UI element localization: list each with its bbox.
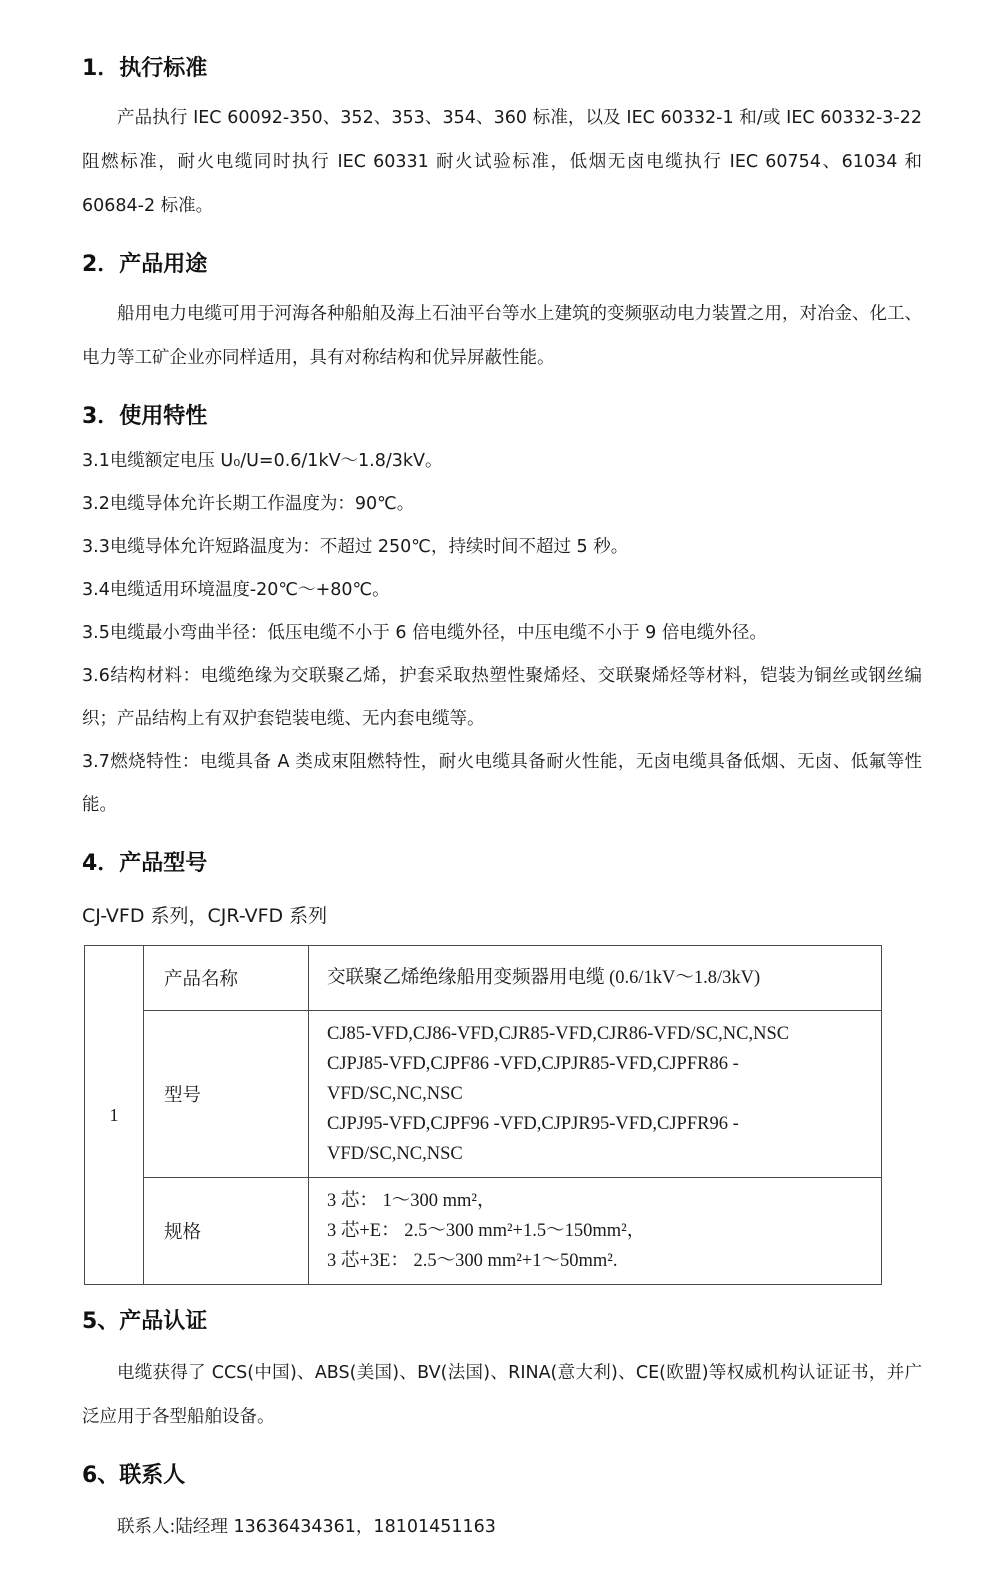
section-product-use: 2．产品用途 船用电力电缆可用于河海各种船舶及海上石油平台等水上建筑的变频驱动电… <box>82 250 922 380</box>
series-line: CJ-VFD 系列，CJR-VFD 系列 <box>82 903 922 929</box>
section-execution-standards: 1．执行标准 产品执行 IEC 60092-350、352、353、354、36… <box>82 54 922 228</box>
table-row-product-name: 1 产品名称 交联聚乙烯绝缘船用变频器用电缆 (0.6/1kV～1.8/3kV) <box>85 946 882 1011</box>
table-cell-value-spec: 3 芯： 1～300 mm²， 3 芯+E： 2.5～300 mm²+1.5～1… <box>309 1178 882 1285</box>
table-row-model-codes: 型号 CJ85-VFD,CJ86-VFD,CJR85-VFD,CJR86-VFD… <box>85 1011 882 1178</box>
usage-item-rated-voltage: 3.1电缆额定电压 U₀/U=0.6/1kV～1.8/3kV。 <box>82 440 922 483</box>
section-heading-usage-characteristics: 3．使用特性 <box>82 402 922 432</box>
document-page: 1．执行标准 产品执行 IEC 60092-350、352、353、354、36… <box>0 0 1000 1589</box>
section-contact-person: 6、联系人 联系人:陆经理 13636434361，18101451163 <box>82 1461 922 1549</box>
section-heading-product-certification: 5、产品认证 <box>82 1307 922 1337</box>
contact-person-line: 联系人:陆经理 13636434361，18101451163 <box>82 1505 922 1549</box>
table-cell-row-number: 1 <box>85 946 144 1285</box>
section-product-certification: 5、产品认证 电缆获得了 CCS(中国)、ABS(美国)、BV(法国)、RINA… <box>82 1307 922 1439</box>
execution-standards-paragraph: 产品执行 IEC 60092-350、352、353、354、360 标准，以及… <box>82 96 922 228</box>
table-cell-label-product-name: 产品名称 <box>144 946 309 1011</box>
table-cell-label-spec: 规格 <box>144 1178 309 1285</box>
section-heading-contact-person: 6、联系人 <box>82 1461 922 1491</box>
usage-item-bending-radius: 3.5电缆最小弯曲半径：低压电缆不小于 6 倍电缆外径，中压电缆不小于 9 倍电… <box>82 612 922 655</box>
section-product-models: 4．产品型号 CJ-VFD 系列，CJR-VFD 系列 1 产品名称 交联聚乙烯… <box>82 849 922 1285</box>
spec-line: 3 芯+3E： 2.5～300 mm²+1～50mm². <box>327 1246 871 1276</box>
model-codes-line: CJ85-VFD,CJ86-VFD,CJR85-VFD,CJR86-VFD/SC… <box>327 1019 871 1049</box>
section-heading-product-models: 4．产品型号 <box>82 849 922 879</box>
section-usage-characteristics: 3．使用特性 3.1电缆额定电压 U₀/U=0.6/1kV～1.8/3kV。 3… <box>82 402 922 827</box>
table-row-specifications: 规格 3 芯： 1～300 mm²， 3 芯+E： 2.5～300 mm²+1.… <box>85 1178 882 1285</box>
model-codes-line: CJPJ85-VFD,CJPF86 -VFD,CJPJR85-VFD,CJPFR… <box>327 1049 871 1109</box>
usage-item-flame-characteristics: 3.7燃烧特性：电缆具备 A 类成束阻燃特性，耐火电缆具备耐火性能，无卤电缆具备… <box>82 741 922 827</box>
usage-item-structural-materials: 3.6结构材料：电缆绝缘为交联聚乙烯，护套采取热塑性聚烯烃、交联聚烯烃等材料，铠… <box>82 655 922 741</box>
table-cell-label-model: 型号 <box>144 1011 309 1178</box>
spec-line: 3 芯+E： 2.5～300 mm²+1.5～150mm²， <box>327 1216 871 1246</box>
table-cell-value-product-name: 交联聚乙烯绝缘船用变频器用电缆 (0.6/1kV～1.8/3kV) <box>309 946 882 1011</box>
section-heading-execution-standards: 1．执行标准 <box>82 54 922 84</box>
product-model-table: 1 产品名称 交联聚乙烯绝缘船用变频器用电缆 (0.6/1kV～1.8/3kV)… <box>84 945 882 1285</box>
usage-item-ambient-temperature: 3.4电缆适用环境温度-20℃～+80℃。 <box>82 569 922 612</box>
spec-line: 3 芯： 1～300 mm²， <box>327 1186 871 1216</box>
model-codes-line: CJPJ95-VFD,CJPF96 -VFD,CJPJR95-VFD,CJPFR… <box>327 1109 871 1169</box>
usage-characteristics-list: 3.1电缆额定电压 U₀/U=0.6/1kV～1.8/3kV。 3.2电缆导体允… <box>82 440 922 827</box>
usage-item-operating-temperature: 3.2电缆导体允许长期工作温度为：90℃。 <box>82 483 922 526</box>
product-name-value: 交联聚乙烯绝缘船用变频器用电缆 (0.6/1kV～1.8/3kV) <box>327 963 871 993</box>
certification-paragraph: 电缆获得了 CCS(中国)、ABS(美国)、BV(法国)、RINA(意大利)、C… <box>82 1351 922 1439</box>
product-use-paragraph: 船用电力电缆可用于河海各种船舶及海上石油平台等水上建筑的变频驱动电力装置之用，对… <box>82 292 922 380</box>
table-cell-value-model: CJ85-VFD,CJ86-VFD,CJR85-VFD,CJR86-VFD/SC… <box>309 1011 882 1178</box>
section-heading-product-use: 2．产品用途 <box>82 250 922 280</box>
usage-item-short-circuit-temperature: 3.3电缆导体允许短路温度为：不超过 250℃，持续时间不超过 5 秒。 <box>82 526 922 569</box>
